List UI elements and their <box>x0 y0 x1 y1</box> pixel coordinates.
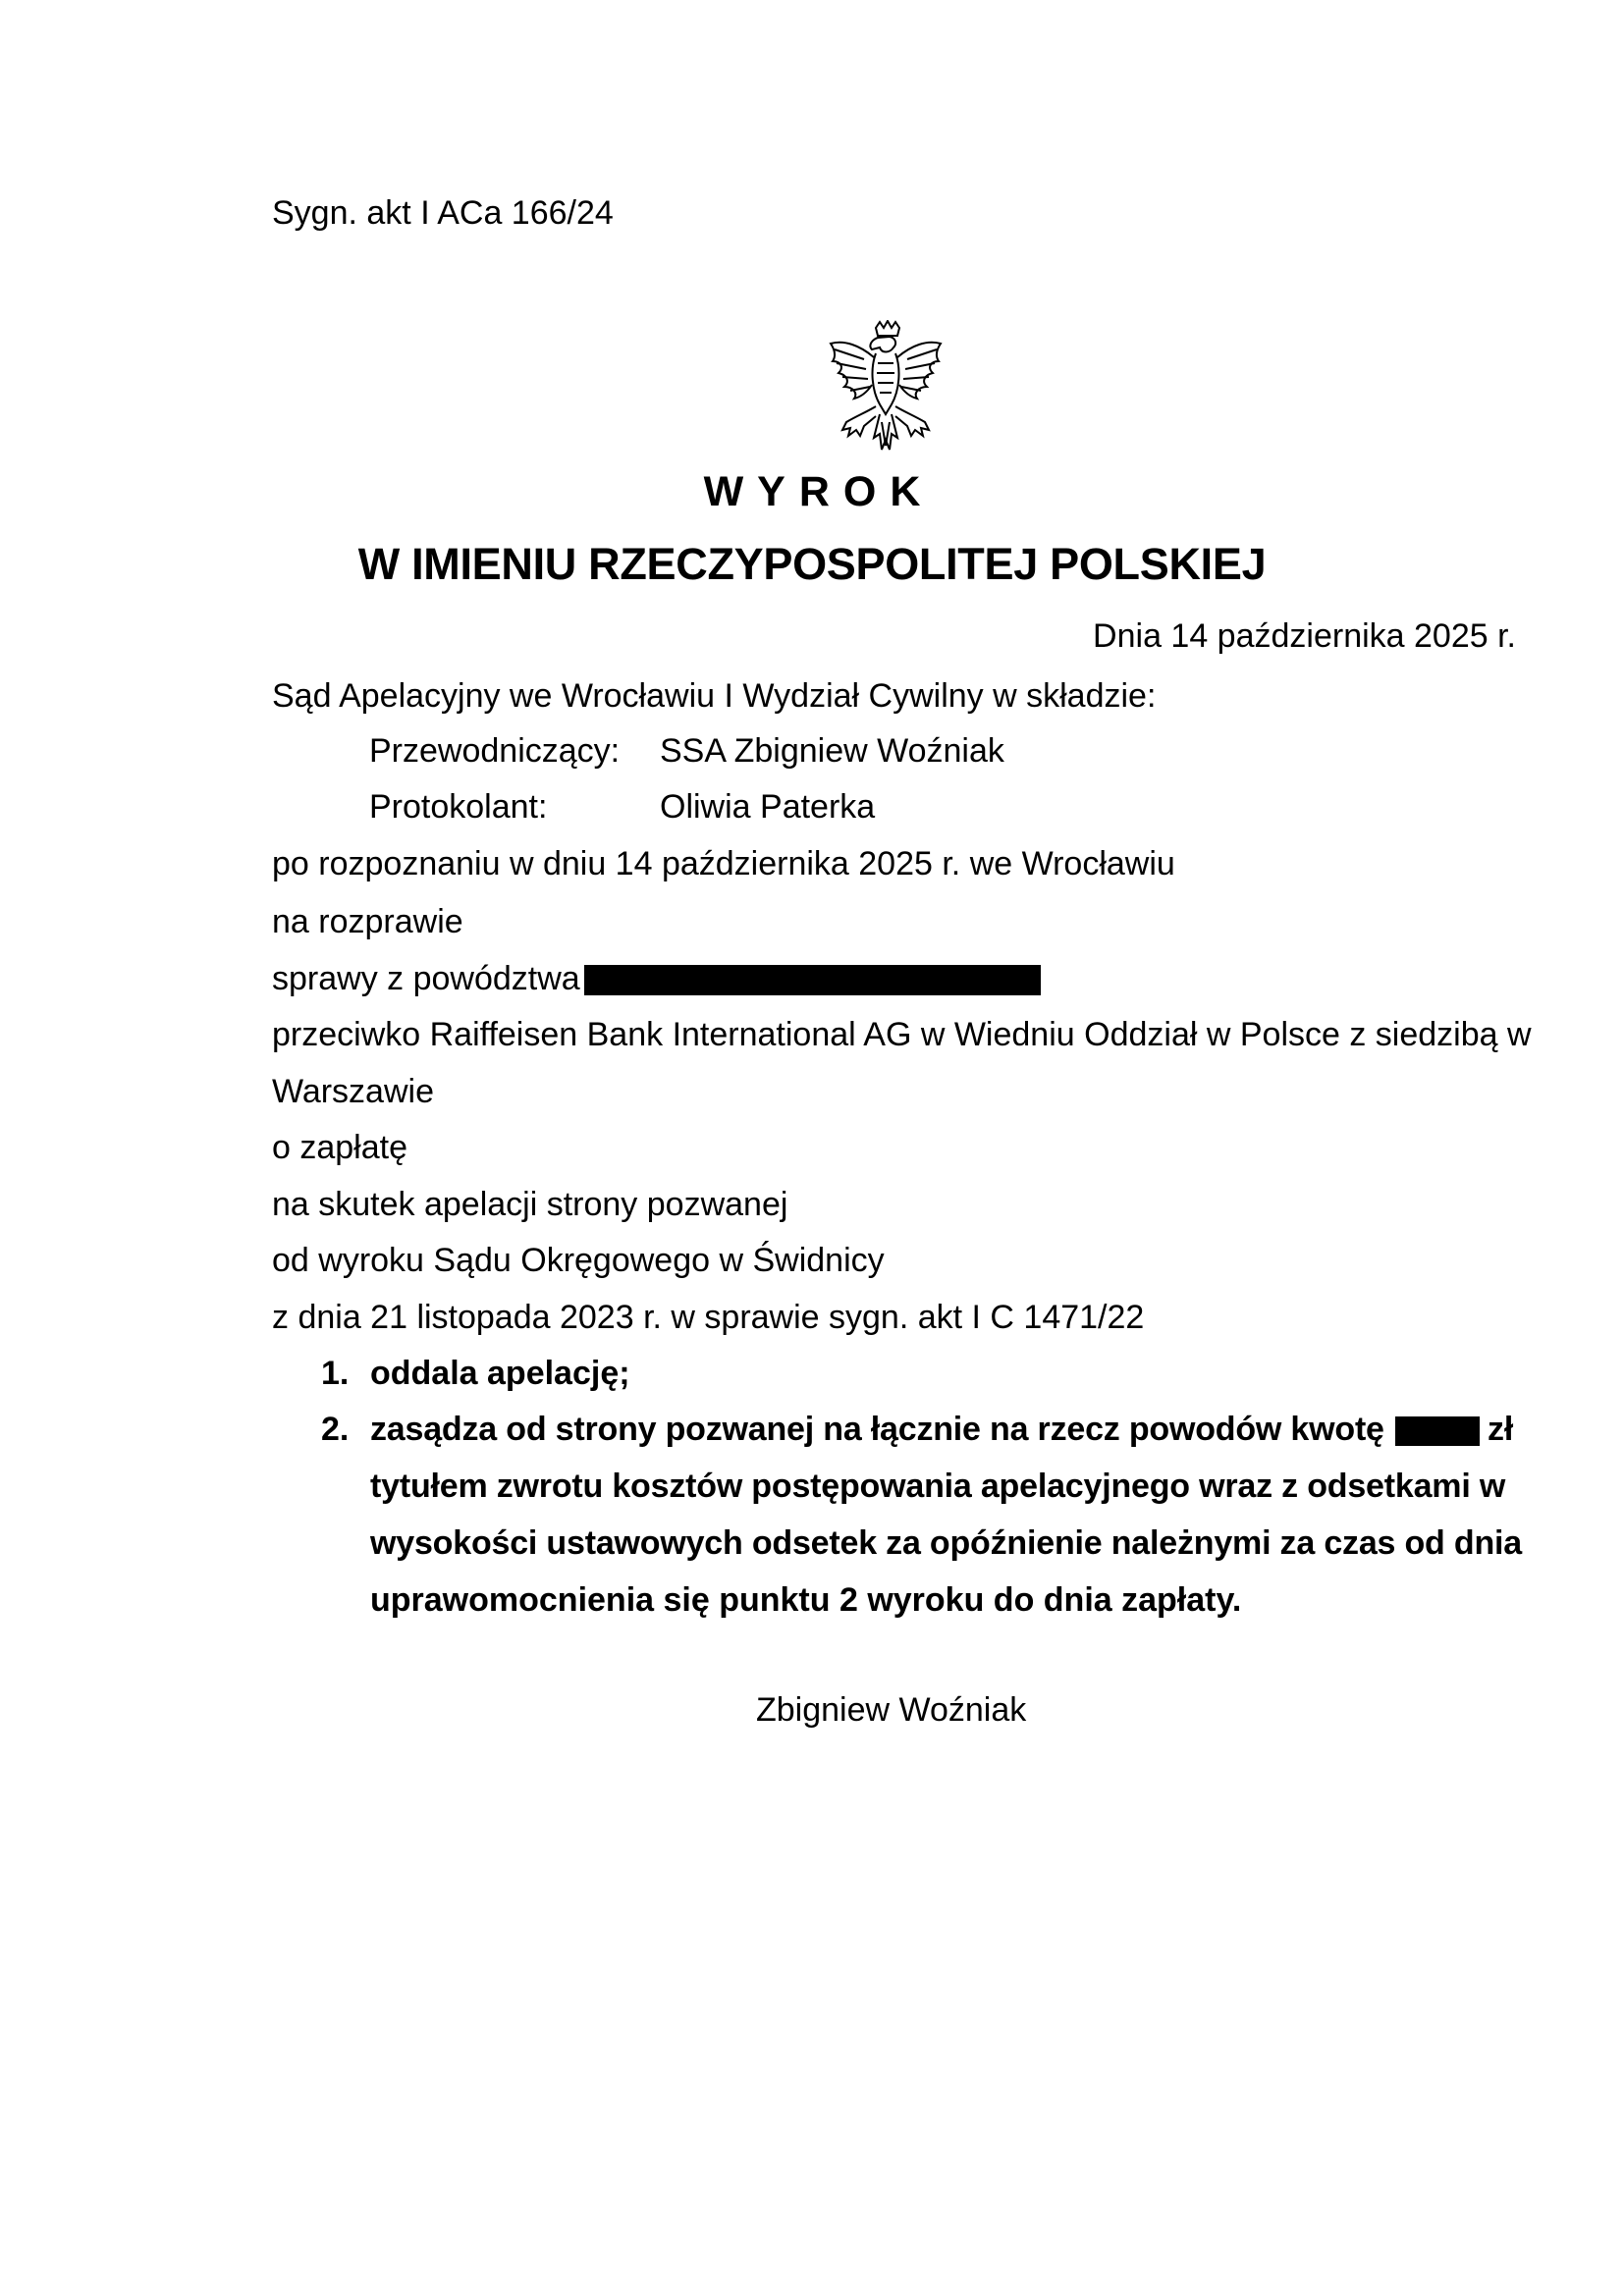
clerk-name: Oliwia Paterka <box>660 787 875 827</box>
ruling-item-2-line-2: tytułem zwrotu kosztów postępowania apel… <box>370 1467 1505 1506</box>
on-trial-line: na rozprawie <box>272 902 463 941</box>
ruling-item-1-number: 1. <box>321 1354 349 1393</box>
plaintiff-prefix: sprawy z powództwa <box>272 960 580 997</box>
presiding-judge-label: Przewodniczący: <box>369 731 620 771</box>
clerk-label: Protokolant: <box>369 787 547 827</box>
lower-court-line: od wyroku Sądu Okręgowego w Świdnicy <box>272 1241 885 1280</box>
appeal-line: na skutek apelacji strony pozwanej <box>272 1185 787 1224</box>
defendant-line-2: Warszawie <box>272 1072 434 1111</box>
ruling-item-2-line-4: uprawomocnienia się punktu 2 wyroku do d… <box>370 1580 1241 1620</box>
document-title: WYROK <box>0 468 1624 515</box>
plaintiff-line: sprawy z powództwa <box>272 959 1041 998</box>
case-reference: Sygn. akt I ACa 166/24 <box>272 193 614 233</box>
judgment-date: Dnia 14 października 2025 r. <box>1093 616 1516 656</box>
polish-eagle-emblem-icon <box>821 320 950 457</box>
amount-redaction <box>1395 1416 1480 1446</box>
document-subtitle: W IMIENIU RZECZYPOSPOLITEJ POLSKIEJ <box>0 540 1624 589</box>
presiding-judge-name: SSA Zbigniew Woźniak <box>660 731 1004 771</box>
subject-line: o zapłatę <box>272 1128 407 1167</box>
hearing-line: po rozpoznaniu w dniu 14 października 20… <box>272 844 1175 883</box>
judge-signature: Zbigniew Woźniak <box>756 1690 1026 1730</box>
ruling-item-2-line-3: wysokości ustawowych odsetek za opóźnien… <box>370 1523 1522 1563</box>
ruling-item-2-number: 2. <box>321 1410 349 1449</box>
lower-judgment-line: z dnia 21 listopada 2023 r. w sprawie sy… <box>272 1298 1144 1337</box>
plaintiff-redaction <box>584 965 1041 995</box>
ruling-item-1-text: oddala apelację; <box>370 1354 630 1393</box>
ruling-item-2-prefix: zasądza od strony pozwanej na łącznie na… <box>370 1411 1384 1448</box>
ruling-item-2-line-1: zasądza od strony pozwanej na łącznie na… <box>370 1410 1513 1449</box>
defendant-line-1: przeciwko Raiffeisen Bank International … <box>272 1015 1532 1054</box>
currency-label: zł <box>1488 1411 1513 1448</box>
court-composition-intro: Sąd Apelacyjny we Wrocławiu I Wydział Cy… <box>272 676 1156 716</box>
